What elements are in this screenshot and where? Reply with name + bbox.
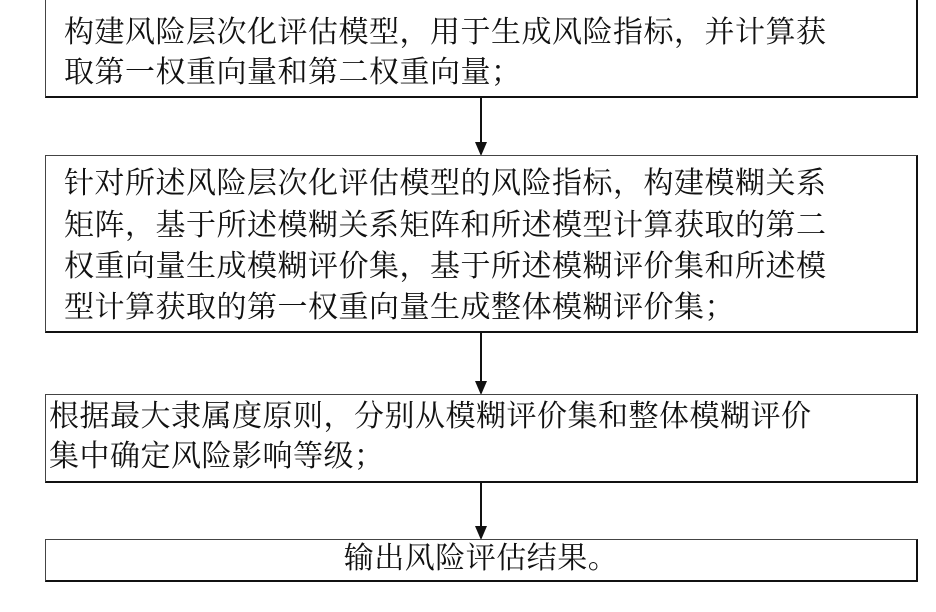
step-2-box: 针对所述风险层次化评估模型的风险指标，构建模糊关系 矩阵，基于所述模糊关系矩阵和… [45,155,918,333]
step-2-line-1: 针对所述风险层次化评估模型的风险指标，构建模糊关系 [64,162,906,206]
step-4-box: 输出风险评估结果。 [45,539,918,582]
step-3-line-2: 集中确定风险影响等级； [49,435,906,479]
step-1-line-2: 取第一权重向量和第二权重向量； [64,51,906,95]
step-3-line-1: 根据最大隶属度原则，分别从模糊评价集和整体模糊评价 [49,395,906,439]
step-2-line-4: 型计算获取的第一权重向量生成整体模糊评价集； [64,286,906,330]
step-2-line-3: 权重向量生成模糊评价集，基于所述模糊评价集和所述模 [64,245,906,289]
step-1-box: 构建风险层次化评估模型，用于生成风险指标，并计算获 取第一权重向量和第二权重向量… [45,0,918,98]
step-4-line-1: 输出风险评估结果。 [46,537,916,581]
arrow-step2-to-step3 [480,333,482,393]
step-2-line-2: 矩阵，基于所述模糊关系矩阵和所述模型计算获取的第二 [64,204,906,248]
arrow-step3-to-step4 [480,483,482,538]
arrow-step1-to-step2 [480,98,482,154]
step-3-box: 根据最大隶属度原则，分别从模糊评价集和整体模糊评价 集中确定风险影响等级； [45,394,918,483]
step-1-line-1: 构建风险层次化评估模型，用于生成风险指标，并计算获 [64,11,906,55]
